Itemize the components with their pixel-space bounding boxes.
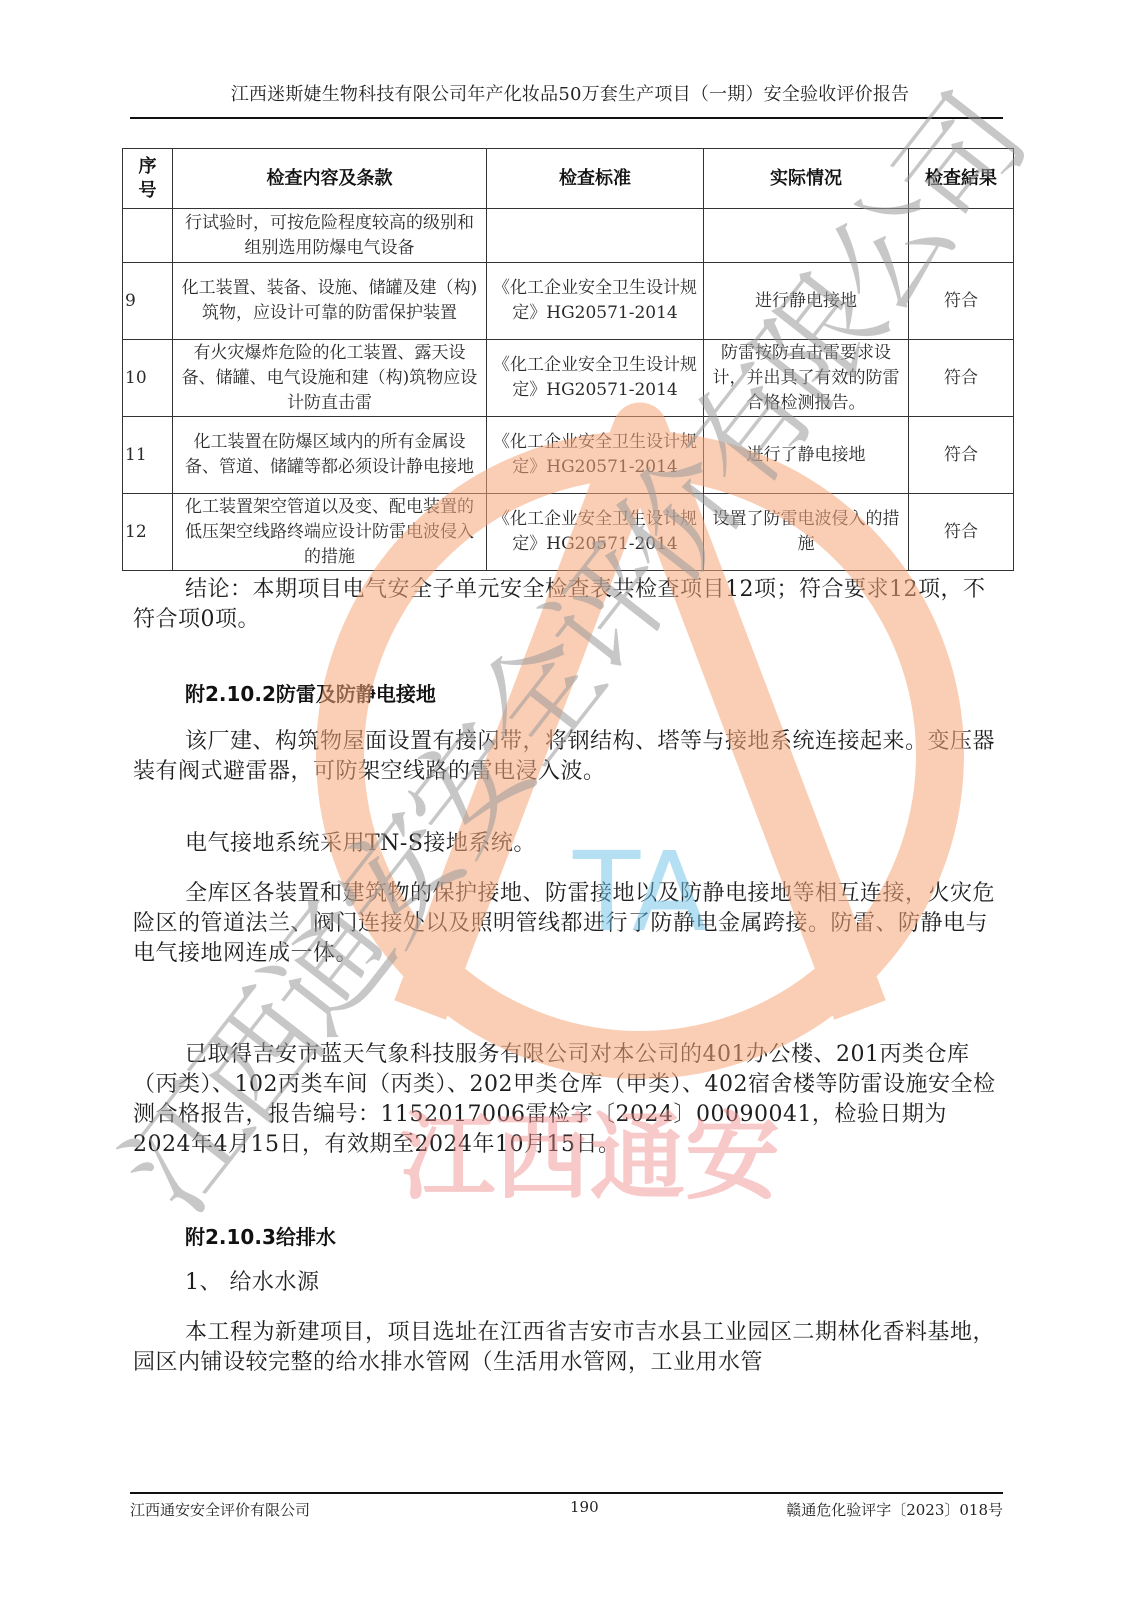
- table-row: 11 化工装置在防爆区域内的所有金属设备、管道、储罐等都必须设计静电接地 《化工…: [123, 417, 1014, 494]
- row-result: 符合: [909, 494, 1014, 571]
- row-no: 9: [123, 263, 173, 340]
- row-content: 行试验时，可按危险程度较高的级别和组别选用防爆电气设备: [173, 209, 487, 263]
- page-header-title: 江西迷斯婕生物科技有限公司年产化妆品50万套生产项目（一期）安全验收评价报告: [130, 80, 1010, 106]
- row-result: [909, 209, 1014, 263]
- paragraph-water-supply: 本工程为新建项目，项目选址在江西省吉安市吉水县工业园区二期林化香料基地，园区内铺…: [133, 1318, 1003, 1378]
- row-content: 化工装置在防爆区域内的所有金属设备、管道、储罐等都必须设计静电接地: [173, 417, 487, 494]
- col-header-result: 检查結果: [909, 149, 1014, 209]
- row-no: 12: [123, 494, 173, 571]
- header-rule: [130, 117, 1003, 119]
- col-header-content: 检查内容及条款: [173, 149, 487, 209]
- table-header-row: 序号 检查内容及条款 检查标准 实际情况 检查結果: [123, 149, 1014, 209]
- section-heading-2-10-2: 附2.10.2防雷及防静电接地: [185, 678, 436, 707]
- col-header-no: 序号: [123, 149, 173, 209]
- row-result: 符合: [909, 417, 1014, 494]
- page-number: 190: [570, 1498, 599, 1516]
- row-standard: [487, 209, 704, 263]
- table-row: 9 化工装置、装备、设施、储罐及建（构)筑物，应设计可靠的防雷保护装置 《化工企…: [123, 263, 1014, 340]
- row-result: 符合: [909, 263, 1014, 340]
- col-header-actual: 实际情况: [704, 149, 909, 209]
- conclusion-paragraph: 结论：本期项目电气安全子单元安全检查表共检查项目12项；符合要求12项，不符合项…: [133, 575, 1003, 635]
- subheading-water-source: 1、 给水水源: [133, 1268, 1003, 1298]
- row-standard: 《化工企业安全卫生设计规定》HG20571-2014: [487, 340, 704, 417]
- section-heading-2-10-3: 附2.10.3给排水: [185, 1221, 336, 1250]
- row-no: 10: [123, 340, 173, 417]
- row-result: 符合: [909, 340, 1014, 417]
- row-actual: [704, 209, 909, 263]
- row-standard: 《化工企业安全卫生设计规定》HG20571-2014: [487, 494, 704, 571]
- row-standard: 《化工企业安全卫生设计规定》HG20571-2014: [487, 263, 704, 340]
- row-content: 化工装置架空管道以及变、配电装置的低压架空线路终端应设计防雷电波侵入的措施: [173, 494, 487, 571]
- paragraph-lightning-protection: 该厂建、构筑物屋面设置有接闪带，将钢结构、塔等与接地系统连接起来。变压器装有阀式…: [133, 727, 1003, 787]
- row-no: 11: [123, 417, 173, 494]
- row-standard: 《化工企业安全卫生设计规定》HG20571-2014: [487, 417, 704, 494]
- row-actual: 进行了静电接地: [704, 417, 909, 494]
- col-header-standard: 检查标准: [487, 149, 704, 209]
- paragraph-grounding-system: 电气接地系统采用TN-S接地系统。: [133, 829, 1003, 859]
- paragraph-inspection-report: 已取得吉安市蓝天气象科技服务有限公司对本公司的401办公楼、201丙类仓库（丙类…: [133, 1040, 1003, 1160]
- table-row: 12 化工装置架空管道以及变、配电装置的低压架空线路终端应设计防雷电波侵入的措施…: [123, 494, 1014, 571]
- footer-rule: [130, 1492, 1003, 1494]
- footer-doc-number: 赣通危化验评字〔2023〕018号: [786, 1499, 1003, 1520]
- table-row: 行试验时，可按危险程度较高的级别和组别选用防爆电气设备: [123, 209, 1014, 263]
- row-no: [123, 209, 173, 263]
- row-content: 有火灾爆炸危险的化工装置、露天设备、储罐、电气设施和建（构)筑物应设计防直击雷: [173, 340, 487, 417]
- footer-company: 江西通安安全评价有限公司: [130, 1499, 310, 1520]
- safety-check-table: 序号 检查内容及条款 检查标准 实际情况 检查結果 行试验时，可按危险程度较高的…: [122, 148, 1014, 571]
- paragraph-bonding: 全库区各装置和建筑物的保护接地、防雷接地以及防静电接地等相互连接，火灾危险区的管…: [133, 879, 1003, 969]
- row-content: 化工装置、装备、设施、储罐及建（构)筑物，应设计可靠的防雷保护装置: [173, 263, 487, 340]
- row-actual: 设置了防雷电波侵入的措施: [704, 494, 909, 571]
- row-actual: 防雷按防直击雷要求设计，并出具了有效的防雷合格检测报告。: [704, 340, 909, 417]
- table-row: 10 有火灾爆炸危险的化工装置、露天设备、储罐、电气设施和建（构)筑物应设计防直…: [123, 340, 1014, 417]
- row-actual: 进行静电接地: [704, 263, 909, 340]
